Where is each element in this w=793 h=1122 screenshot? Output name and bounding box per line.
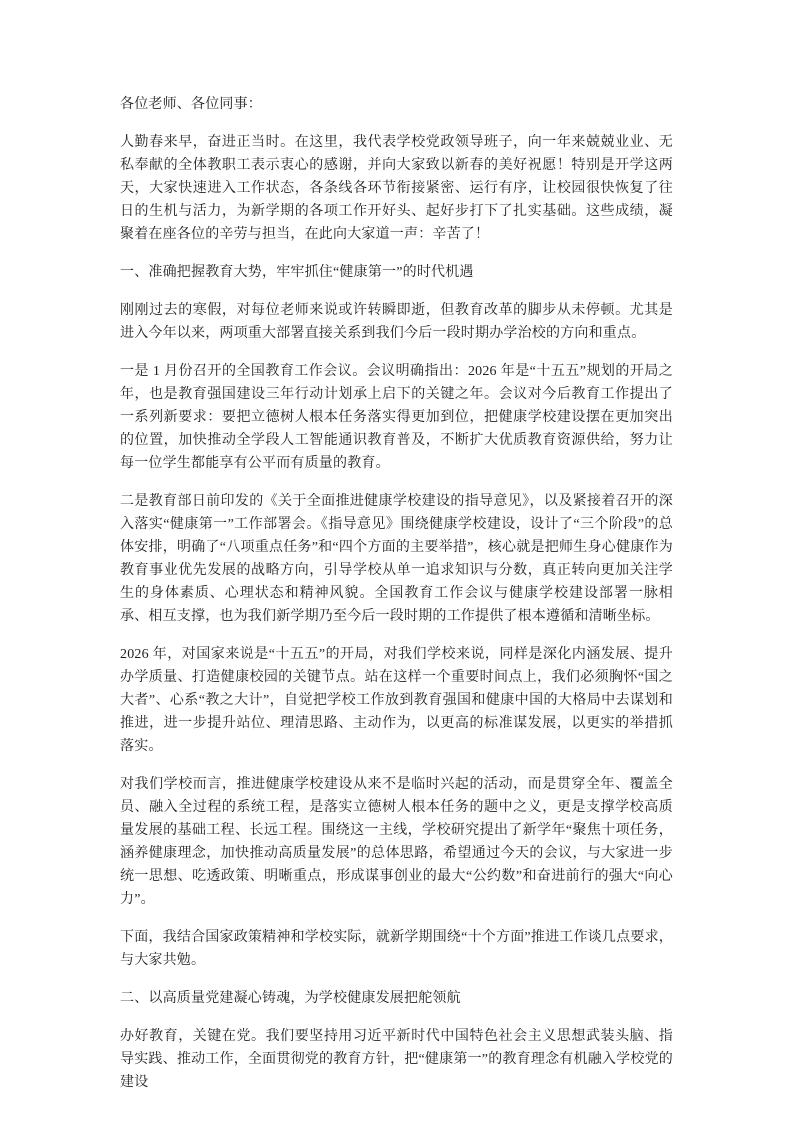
paragraph: 人勤春来早，奋进正当时。在这里，我代表学校党政领导班子，向一年来兢兢业业、无私奉… (120, 131, 673, 246)
paragraph: 一是 1 月份召开的全国教育工作会议。会议明确指出：2026 年是“十五五”规划… (120, 360, 673, 475)
paragraph: 办好教育，关键在党。我们要坚持用习近平新时代中国特色社会主义思想武装头脑、指导实… (120, 1025, 673, 1094)
salutation: 各位老师、各位同事： (120, 93, 673, 116)
paragraph: 对我们学校而言，推进健康学校建设从来不是临时兴起的活动，而是贯穿全年、覆盖全员、… (120, 773, 673, 911)
paragraph: 2026 年，对国家来说是“十五五”的开局，对我们学校来说，同样是深化内涵发展、… (120, 643, 673, 758)
section-heading-2: 二、以高质量党建凝心铸魂，为学校健康发展把舵领航 (120, 987, 673, 1010)
paragraph: 二是教育部日前印发的《关于全面推进健康学校建设的指导意见》，以及紧接着召开的深入… (120, 490, 673, 628)
document-page: 各位老师、各位同事： 人勤春来早，奋进正当时。在这里，我代表学校党政领导班子，向… (0, 0, 793, 1122)
paragraph: 刚刚过去的寒假，对每位老师来说或许转瞬即逝，但教育改革的脚步从未停顿。尤其是进入… (120, 299, 673, 345)
document-body: 各位老师、各位同事： 人勤春来早，奋进正当时。在这里，我代表学校党政领导班子，向… (120, 93, 673, 1109)
paragraph: 下面，我结合国家政策精神和学校实际，就新学期围绕“十个方面”推进工作谈几点要求，… (120, 926, 673, 972)
section-heading-1: 一、准确把握教育大势，牢牢抓住“健康第一”的时代机遇 (120, 261, 673, 284)
